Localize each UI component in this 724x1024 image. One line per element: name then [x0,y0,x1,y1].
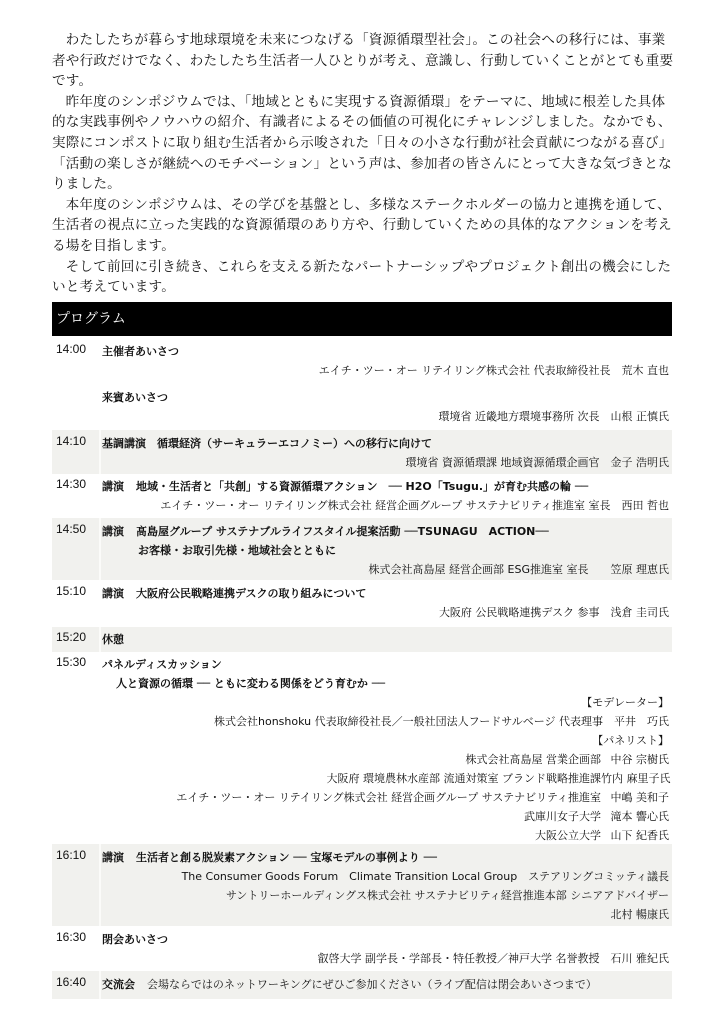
session-time: 16:10 [56,848,100,862]
session-time: 14:10 [56,434,100,448]
session-row: 16:30 閉会あいさつ 叡啓大学 副学長・学部長・特任教授／神戸大学 名誉教授… [52,926,672,969]
session-subtitle: 人と資源の循環 ── ともに変わる関係をどう育むか ── [102,674,669,693]
session-time: 15:30 [56,655,100,669]
session-row: 14:50 講演髙島屋グループ サステナブルライフスタイル提案活動 ──TSUN… [52,518,672,580]
panelist: エイチ・ツー・オー リテイリング株式会社 経営企画グループ サステナビリティ推進… [102,788,669,807]
intro-paragraph: わたしたちが暮らす地球環境を未来につなげる「資源循環型社会」。この社会への移行に… [52,30,677,92]
intro-paragraph: そして前回に引き続き、これらを支える新たなパートナーシップやプロジェクト創出の機… [52,257,677,298]
session-time: 14:00 [56,342,100,356]
session-title: 地域・生活者と「共創」する資源循環アクション ── H2O「Tsugu.」が育む… [136,480,588,493]
session-time: 14:30 [56,477,100,491]
session-speaker: 株式会社髙島屋 経営企画部 ESG推進室 室長 笠原 理恵氏 [102,560,669,579]
session-speaker: 環境省 資源循環課 地域資源循環企画官 金子 浩明氏 [102,453,669,472]
session-tag: 交流会 [102,975,135,994]
session-row: 15:20 休憩 [52,627,672,652]
session-title: 生活者と創る脱炭素アクション ── 宝塚モデルの事例より ── [136,851,437,864]
session-row: 14:00 主催者あいさつ エイチ・ツー・オー リテイリング株式会社 代表取締役… [52,336,672,428]
panelist: 大阪府 環境農林水産部 流通対策室 ブランド戦略推進課竹内 麻里子氏 [102,769,669,788]
session-time: 14:50 [56,522,100,536]
panelist-org: 大阪公立大学 [535,826,601,845]
session-time: 15:20 [56,630,100,644]
session-time: 16:30 [56,930,100,944]
session-speaker: 大阪府 公民戦略連携デスク 参事 浅倉 圭司氏 [102,603,669,622]
session-title: パネルディスカッション [102,655,669,674]
session-time: 15:10 [56,584,100,598]
session-row: 15:30 パネルディスカッション 人と資源の循環 ── ともに変わる関係をどう… [52,652,672,842]
session-row: 14:10 基調講演 循環経済（サーキュラーエコノミー）への移行に向けて 環境省… [52,430,672,474]
panelist-name: 滝本 響心氏 [601,807,669,826]
moderator: 株式会社honshoku 代表取締役社長／一般社団法人フードサルベージ 代表理事… [102,712,669,731]
panelist-name: 中嶋 美和子 [601,788,669,807]
panelist-org: 株式会社髙島屋 営業企画部 [466,750,602,769]
session-subtitle: お客様・お取引先様・地域社会とともに [102,541,669,560]
moderator-label: 【モデレーター】 [102,693,669,712]
session-title: 会場ならではのネットワーキングにぜひご参加ください（ライブ配信は閉会あいさつまで… [147,978,597,991]
session-title: 大阪府公民戦略連携デスクの取り組みについて [136,587,366,600]
session-speaker: The Consumer Goods Forum Climate Transit… [102,867,669,886]
intro-paragraph: 本年度のシンポジウムは、その学びを基盤とし、多様なステークホルダーの協力と連携を… [52,195,677,257]
session-title: 髙島屋グループ サステナブルライフスタイル提案活動 ──TSUNAGU ACTI… [136,525,549,538]
panelist-name: 山下 紀香氏 [601,826,669,845]
session-speaker: 北村 暢康氏 [102,905,669,924]
session-title: 主催者あいさつ [102,342,669,361]
program-header: プログラム [52,302,672,336]
panelist-org: エイチ・ツー・オー リテイリング株式会社 経営企画グループ サステナビリティ推進… [176,788,601,807]
panelist: 株式会社髙島屋 営業企画部中谷 宗樹氏 [102,750,669,769]
session-time: 16:40 [56,975,100,989]
panelist-org: 武庫川女子大学 [524,807,601,826]
session-row: 16:40 交流会会場ならではのネットワーキングにぜひご参加ください（ライブ配信… [52,971,672,999]
panelist-name: 中谷 宗樹氏 [601,750,669,769]
session-title: 基調講演 循環経済（サーキュラーエコノミー）への移行に向けて [102,434,669,453]
session-title: 休憩 [102,630,669,649]
intro-text: わたしたちが暮らす地球環境を未来につなげる「資源循環型社会」。この社会への移行に… [52,30,677,298]
session-speaker: エイチ・ツー・オー リテイリング株式会社 経営企画グループ サステナビリティ推進… [102,496,669,515]
panelist: 武庫川女子大学滝本 響心氏 [102,807,669,826]
panelist-label: 【パネリスト】 [102,731,669,750]
session-tag: 講演 [102,522,124,541]
session-row: 14:30 講演地域・生活者と「共創」する資源循環アクション ── H2O「Ts… [52,474,672,516]
session-tag: 講演 [102,584,124,603]
session-title: 閉会あいさつ [102,930,669,949]
session-speaker: 叡啓大学 副学長・学部長・特任教授／神戸大学 名誉教授 石川 雅紀氏 [102,949,669,968]
session-tag: 講演 [102,848,124,867]
session-tag: 講演 [102,477,124,496]
session-row: 16:10 講演生活者と創る脱炭素アクション ── 宝塚モデルの事例より ── … [52,844,672,926]
panelist-org: 大阪府 環境農林水産部 流通対策室 ブランド戦略推進課 [327,769,602,788]
session-speaker: 環境省 近畿地方環境事務所 次長 山根 正慎氏 [102,407,669,426]
session-speaker: エイチ・ツー・オー リテイリング株式会社 代表取締役社長 荒木 直也 [102,361,669,380]
panelist: 大阪公立大学山下 紀香氏 [102,826,669,845]
program-table: プログラム 14:00 主催者あいさつ エイチ・ツー・オー リテイリング株式会社… [52,302,672,999]
intro-paragraph: 昨年度のシンポジウムでは、「地域とともに実現する資源循環」をテーマに、地域に根差… [52,92,677,195]
panelist-name: 竹内 麻里子氏 [601,769,669,788]
session-row: 15:10 講演大阪府公民戦略連携デスクの取り組みについて 大阪府 公民戦略連携… [52,580,672,625]
session-title: 来賓あいさつ [102,388,669,407]
session-speaker: サントリーホールディングス株式会社 サステナビリティ経営推進本部 シニアアドバイ… [102,886,669,905]
